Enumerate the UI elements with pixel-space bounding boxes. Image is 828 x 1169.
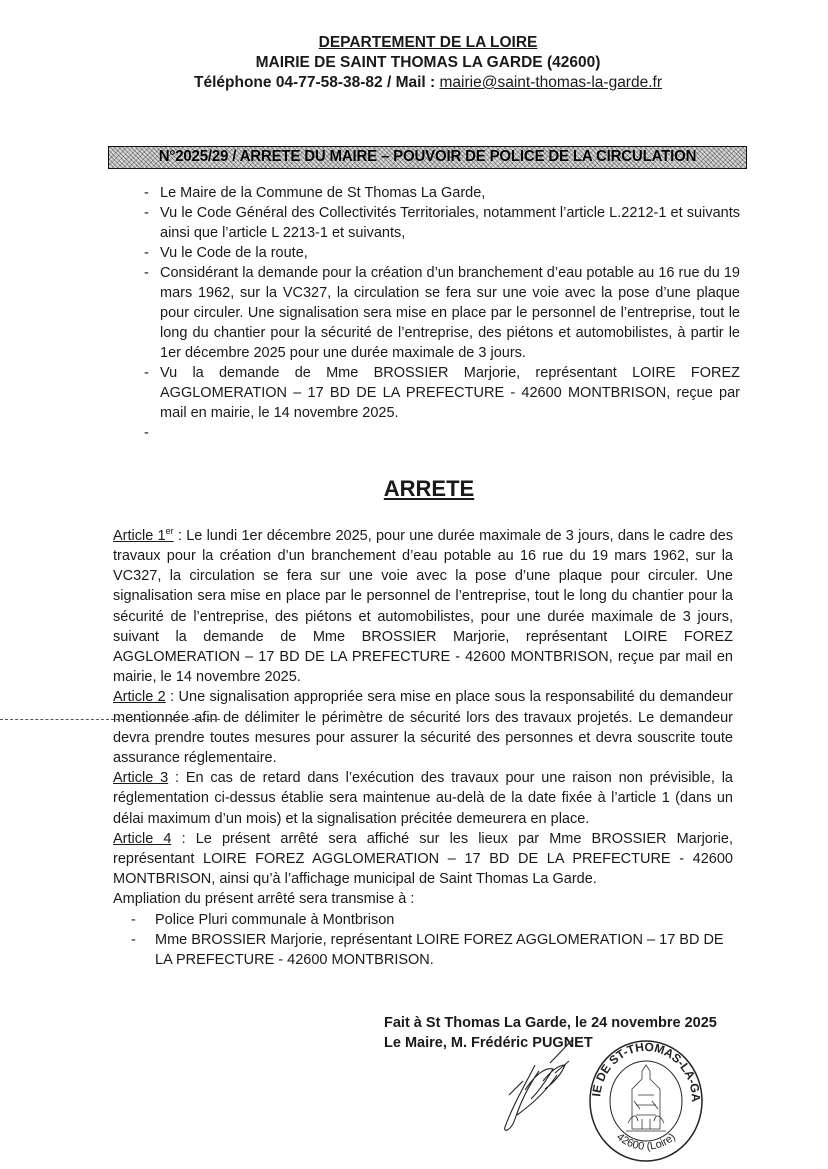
article-1: Article 1er : Le lundi 1er décembre 2025… xyxy=(113,521,733,687)
considerant-item: -Vu le Code de la route, xyxy=(110,243,740,263)
svg-text:MAIRIE DE ST-THOMAS-LA-GARDE: MAIRIE DE ST-THOMAS-LA-GARDE xyxy=(586,1035,703,1103)
recipients-list: -Police Pluri communale à Montbrison -Mm… xyxy=(113,910,733,971)
contact-prefix: Téléphone 04-77-58-38-82 / Mail : xyxy=(194,74,440,91)
arrete-heading: ARRETE xyxy=(0,476,828,502)
bullet-dash: - xyxy=(144,363,149,383)
ampliation-intro: Ampliation du présent arrêté sera transm… xyxy=(113,889,733,909)
article-label: Article 3 xyxy=(113,770,168,786)
article-2: Article 2 : Une signalisation appropriée… xyxy=(113,687,733,768)
recipient-item: -Mme BROSSIER Marjorie, représentant LOI… xyxy=(113,930,733,970)
bullet-dash: - xyxy=(144,263,149,283)
bullet-dash: - xyxy=(144,183,149,203)
contact-line: Téléphone 04-77-58-38-82 / Mail : mairie… xyxy=(0,73,828,93)
handwritten-signature-icon xyxy=(495,1035,585,1135)
considerant-item: -Vu la demande de Mme BROSSIER Marjorie,… xyxy=(110,363,740,423)
considerants-list: -Le Maire de la Commune de St Thomas La … xyxy=(110,183,740,443)
article-3: Article 3 : En cas de retard dans l’exéc… xyxy=(113,768,733,829)
considerant-item: -Le Maire de la Commune de St Thomas La … xyxy=(110,183,740,203)
svg-text:42600 (Loire): 42600 (Loire) xyxy=(614,1131,678,1153)
considerant-item: -Vu le Code Général des Collectivités Te… xyxy=(110,203,740,243)
articles-section: Article 1er : Le lundi 1er décembre 2025… xyxy=(113,521,733,970)
considerant-item: -Considérant la demande pour la création… xyxy=(110,263,740,363)
email-link[interactable]: mairie@saint-thomas-la-garde.fr xyxy=(440,74,662,91)
letterhead: DEPARTEMENT DE LA LOIRE MAIRIE DE SAINT … xyxy=(0,33,828,93)
bullet-dash: - xyxy=(144,243,149,263)
mairie-line: MAIRIE DE SAINT THOMAS LA GARDE (42600) xyxy=(0,53,828,73)
recipient-item: -Police Pluri communale à Montbrison xyxy=(113,910,733,930)
bullet-dash: - xyxy=(131,910,136,930)
bullet-dash: - xyxy=(144,203,149,223)
official-stamp-icon: MAIRIE DE ST-THOMAS-LA-GARDE 42600 (Loir… xyxy=(586,1035,706,1163)
document-page: DEPARTEMENT DE LA LOIRE MAIRIE DE SAINT … xyxy=(0,0,828,1169)
decree-title: N°2025/29 / ARRETE DU MAIRE – POUVOIR DE… xyxy=(119,148,737,166)
place-date: Fait à St Thomas La Garde, le 24 novembr… xyxy=(384,1013,717,1033)
bullet-dash: - xyxy=(131,930,136,950)
bullet-dash: - xyxy=(144,423,149,443)
article-label: Article 4 xyxy=(113,831,171,847)
article-label: Article 2 xyxy=(113,689,166,705)
considerant-item-empty: - xyxy=(110,423,740,443)
decree-title-box: N°2025/29 / ARRETE DU MAIRE – POUVOIR DE… xyxy=(108,146,747,169)
article-label: Article 1er xyxy=(113,528,174,544)
article-4: Article 4 : Le présent arrêté sera affic… xyxy=(113,829,733,890)
department-line: DEPARTEMENT DE LA LOIRE xyxy=(0,33,828,53)
